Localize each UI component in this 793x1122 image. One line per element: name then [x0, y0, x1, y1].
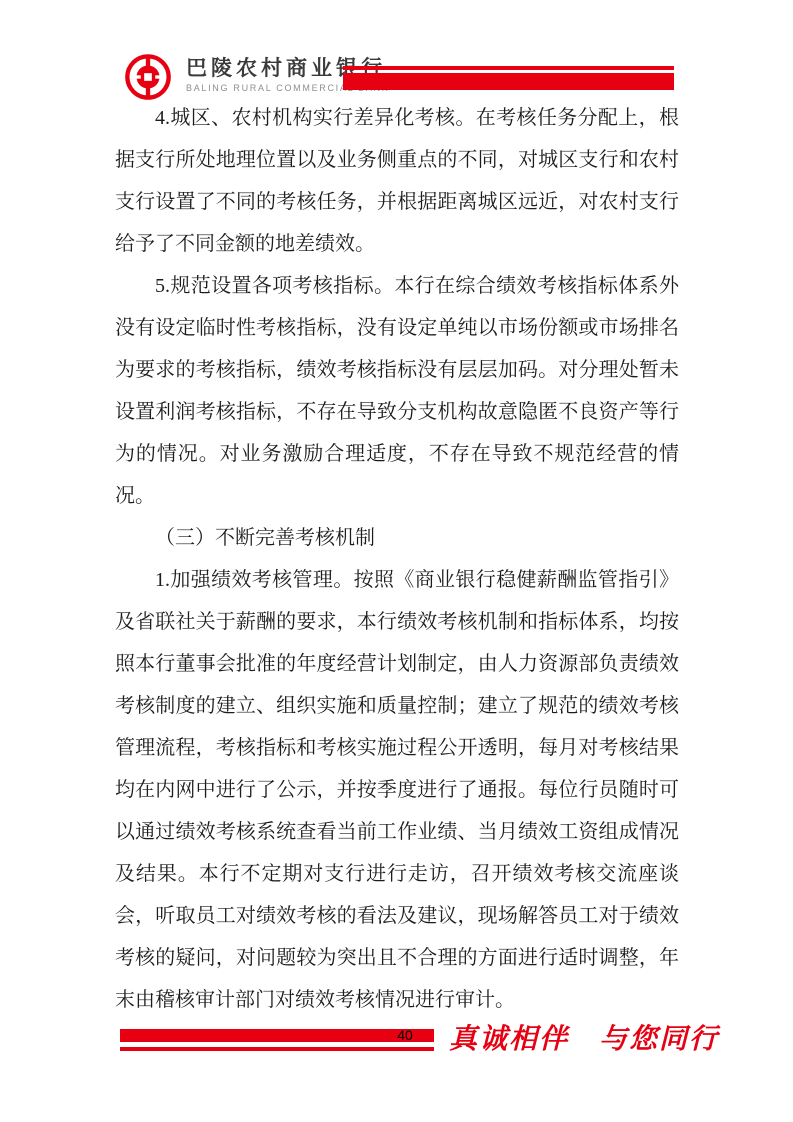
footer-slogan: 真诚相伴 与您同行	[449, 1020, 689, 1060]
document-body: 4.城区、农村机构实行差异化考核。在考核任务分配上，根据支行所处地理位置以及业务…	[115, 97, 679, 1021]
footer-bar	[120, 1029, 434, 1042]
header-rule-thick	[343, 73, 674, 90]
header-rule-thin	[343, 66, 674, 70]
page-number: 40	[390, 1025, 420, 1045]
paragraph-performance-management: 1.加强绩效考核管理。按照《商业银行稳健薪酬监管指引》及省联社关于薪酬的要求，本…	[115, 559, 679, 1021]
section-heading-assessment-mechanism: （三）不断完善考核机制	[115, 517, 679, 559]
footer-rule	[120, 1047, 434, 1051]
paragraph-differentiated-assessment: 4.城区、农村机构实行差异化考核。在考核任务分配上，根据支行所处地理位置以及业务…	[115, 97, 679, 265]
bank-logo-icon	[124, 53, 172, 101]
document-page: 巴陵农村商业银行 BALING RURAL COMMERCIAL BANK 4.…	[0, 0, 793, 1122]
paragraph-indicator-standards: 5.规范设置各项考核指标。本行在综合绩效考核指标体系外没有设定临时性考核指标，没…	[115, 265, 679, 517]
